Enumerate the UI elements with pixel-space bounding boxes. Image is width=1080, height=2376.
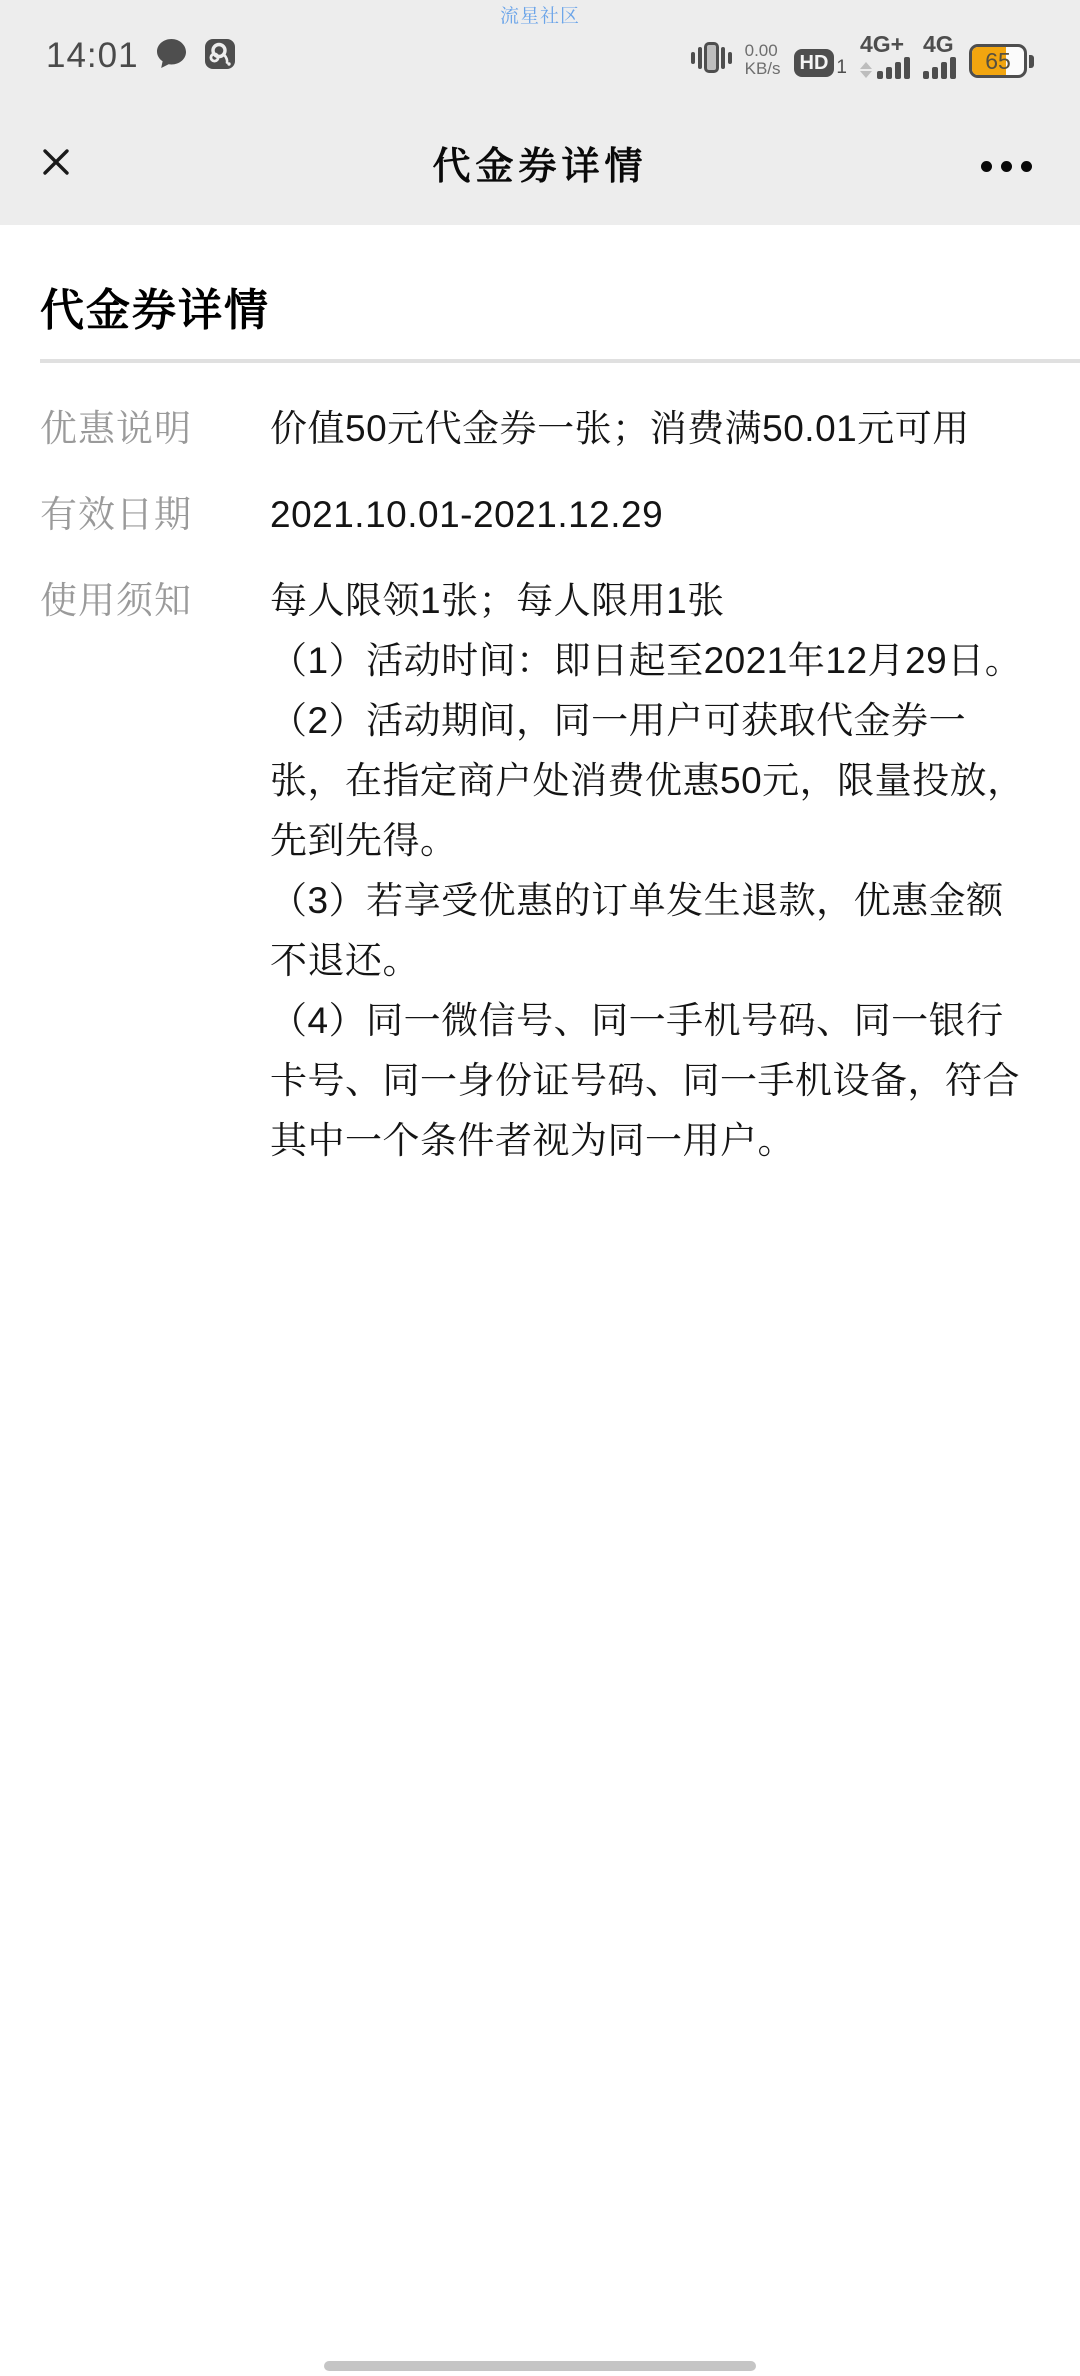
detail-row-validity: 有效日期 2021.10.01-2021.12.29 bbox=[40, 485, 1040, 545]
signal-bars-icon bbox=[877, 57, 910, 79]
watermark: 流星社区 bbox=[0, 1, 1080, 28]
content-area: 代金券详情 优惠说明 价值50元代金券一张；消费满50.01元可用 有效日期 2… bbox=[0, 225, 1080, 1197]
signal-sim1-label: 4G+ bbox=[860, 33, 904, 55]
battery-percent: 65 bbox=[972, 47, 1024, 75]
home-indicator-bar[interactable] bbox=[324, 2361, 756, 2371]
hd-volte-icon: HD 1 bbox=[794, 49, 847, 79]
row-value: 2021.10.01-2021.12.29 bbox=[270, 485, 1040, 545]
battery-body: 65 bbox=[969, 44, 1027, 78]
page-title: 代金券详情 bbox=[0, 120, 1080, 205]
app-icon bbox=[204, 38, 236, 75]
row-label: 有效日期 bbox=[40, 485, 270, 545]
detail-row-discount: 优惠说明 价值50元代金券一张；消费满50.01元可用 bbox=[40, 399, 1040, 459]
content-heading: 代金券详情 bbox=[40, 287, 1040, 335]
heading-divider bbox=[40, 359, 1080, 363]
detail-rows: 优惠说明 价值50元代金券一张；消费满50.01元可用 有效日期 2021.10… bbox=[40, 399, 1040, 1171]
more-icon[interactable] bbox=[977, 144, 1036, 188]
hd-sim-index: 1 bbox=[836, 59, 847, 77]
battery-nub bbox=[1029, 55, 1034, 68]
vibrate-icon bbox=[691, 41, 732, 79]
nav-bar: 代金券详情 bbox=[0, 120, 1080, 205]
network-speed-unit: KB/s bbox=[745, 60, 781, 78]
hd-badge: HD bbox=[794, 49, 835, 77]
network-speed-value: 0.00 bbox=[745, 42, 778, 60]
status-right: 0.00 KB/s HD 1 4G+ 4G bbox=[691, 33, 1034, 79]
top-bar: 流星社区 14:01 bbox=[0, 0, 1080, 225]
clock: 14:01 bbox=[46, 36, 139, 76]
signal-bars-icon bbox=[923, 57, 956, 79]
status-left: 14:01 bbox=[46, 36, 236, 76]
battery-indicator: 65 bbox=[969, 44, 1034, 79]
row-label: 优惠说明 bbox=[40, 399, 270, 459]
row-value: 价值50元代金券一张；消费满50.01元可用 bbox=[270, 399, 1040, 459]
row-label: 使用须知 bbox=[40, 571, 270, 1171]
signal-sim2-label: 4G bbox=[923, 33, 954, 55]
status-bar: 14:01 bbox=[46, 33, 1034, 79]
signal-sim1-4gplus: 4G+ bbox=[860, 33, 910, 79]
detail-row-notes: 使用须知 每人限领1张；每人限用1张 （1）活动时间：即日起至2021年12月2… bbox=[40, 571, 1040, 1171]
chat-bubble-icon bbox=[154, 37, 189, 75]
data-activity-arrows-icon bbox=[860, 62, 872, 79]
signal-sim2-4g: 4G bbox=[923, 33, 956, 79]
network-speed: 0.00 KB/s bbox=[745, 42, 781, 79]
row-value: 每人限领1张；每人限用1张 （1）活动时间：即日起至2021年12月29日。 （… bbox=[270, 571, 1040, 1171]
